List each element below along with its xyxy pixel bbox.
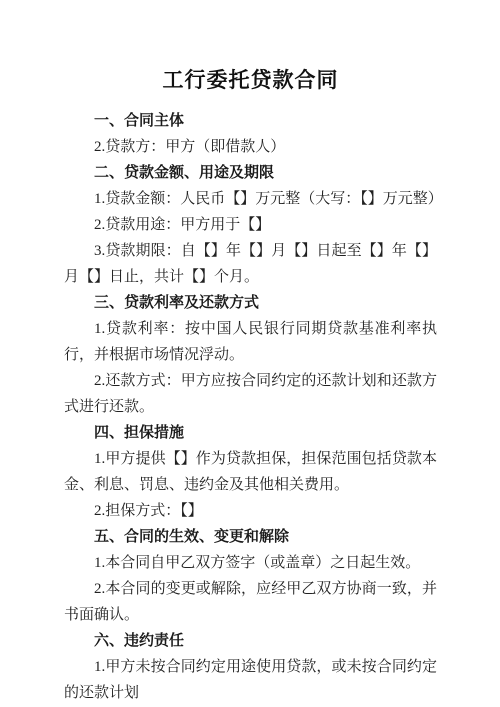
clause-guarantee-method: 2.担保方式：【】: [64, 498, 437, 524]
clause-loan-purpose: 2.贷款用途：甲方用于【】: [64, 212, 437, 238]
section-heading-effect-change-termination: 五、合同的生效、变更和解除: [64, 524, 437, 550]
section-heading-breach-liability: 六、违约责任: [64, 628, 437, 654]
clause-effective-date: 1.本合同自甲乙双方签字（或盖章）之日起生效。: [64, 550, 437, 576]
contract-document-page: 工行委托贷款合同 一、合同主体 2.贷款方：甲方（即借款人） 二、贷款金额、用途…: [0, 0, 500, 707]
clause-change-termination: 2.本合同的变更或解除，应经甲乙双方协商一致，并书面确认。: [64, 576, 437, 628]
section-heading-loan-amount-purpose-term: 二、贷款金额、用途及期限: [64, 160, 437, 186]
clause-loan-amount: 1.贷款金额：人民币【】万元整（大写：【】万元整）: [64, 186, 437, 212]
clause-lender: 2.贷款方：甲方（即借款人）: [64, 134, 437, 160]
section-heading-contract-parties: 一、合同主体: [64, 108, 437, 134]
section-heading-interest-repayment: 三、贷款利率及还款方式: [64, 290, 437, 316]
document-title: 工行委托贷款合同: [64, 70, 437, 92]
clause-repayment-method: 2.还款方式：甲方应按合同约定的还款计划和还款方式进行还款。: [64, 368, 437, 420]
section-breach-liability: 六、违约责任 1.甲方未按合同约定用途使用贷款，或未按合同约定的还款计划: [64, 628, 437, 706]
clause-loan-term: 3.贷款期限：自【】年【】月【】日起至【】年【】月【】日止，共计【】个月。: [64, 238, 437, 290]
clause-interest-rate: 1.贷款利率：按中国人民银行同期贷款基准利率执行，并根据市场情况浮动。: [64, 316, 437, 368]
section-effect-change-termination: 五、合同的生效、变更和解除 1.本合同自甲乙双方签字（或盖章）之日起生效。 2.…: [64, 524, 437, 628]
section-interest-repayment: 三、贷款利率及还款方式 1.贷款利率：按中国人民银行同期贷款基准利率执行，并根据…: [64, 290, 437, 420]
section-contract-parties: 一、合同主体 2.贷款方：甲方（即借款人）: [64, 108, 437, 160]
clause-guarantee-scope: 1.甲方提供【】作为贷款担保，担保范围包括贷款本金、利息、罚息、违约金及其他相关…: [64, 446, 437, 498]
clause-breach-of-use: 1.甲方未按合同约定用途使用贷款，或未按合同约定的还款计划: [64, 654, 437, 706]
section-heading-guarantee-measures: 四、担保措施: [64, 420, 437, 446]
section-guarantee-measures: 四、担保措施 1.甲方提供【】作为贷款担保，担保范围包括贷款本金、利息、罚息、违…: [64, 420, 437, 524]
section-loan-amount-purpose-term: 二、贷款金额、用途及期限 1.贷款金额：人民币【】万元整（大写：【】万元整） 2…: [64, 160, 437, 290]
